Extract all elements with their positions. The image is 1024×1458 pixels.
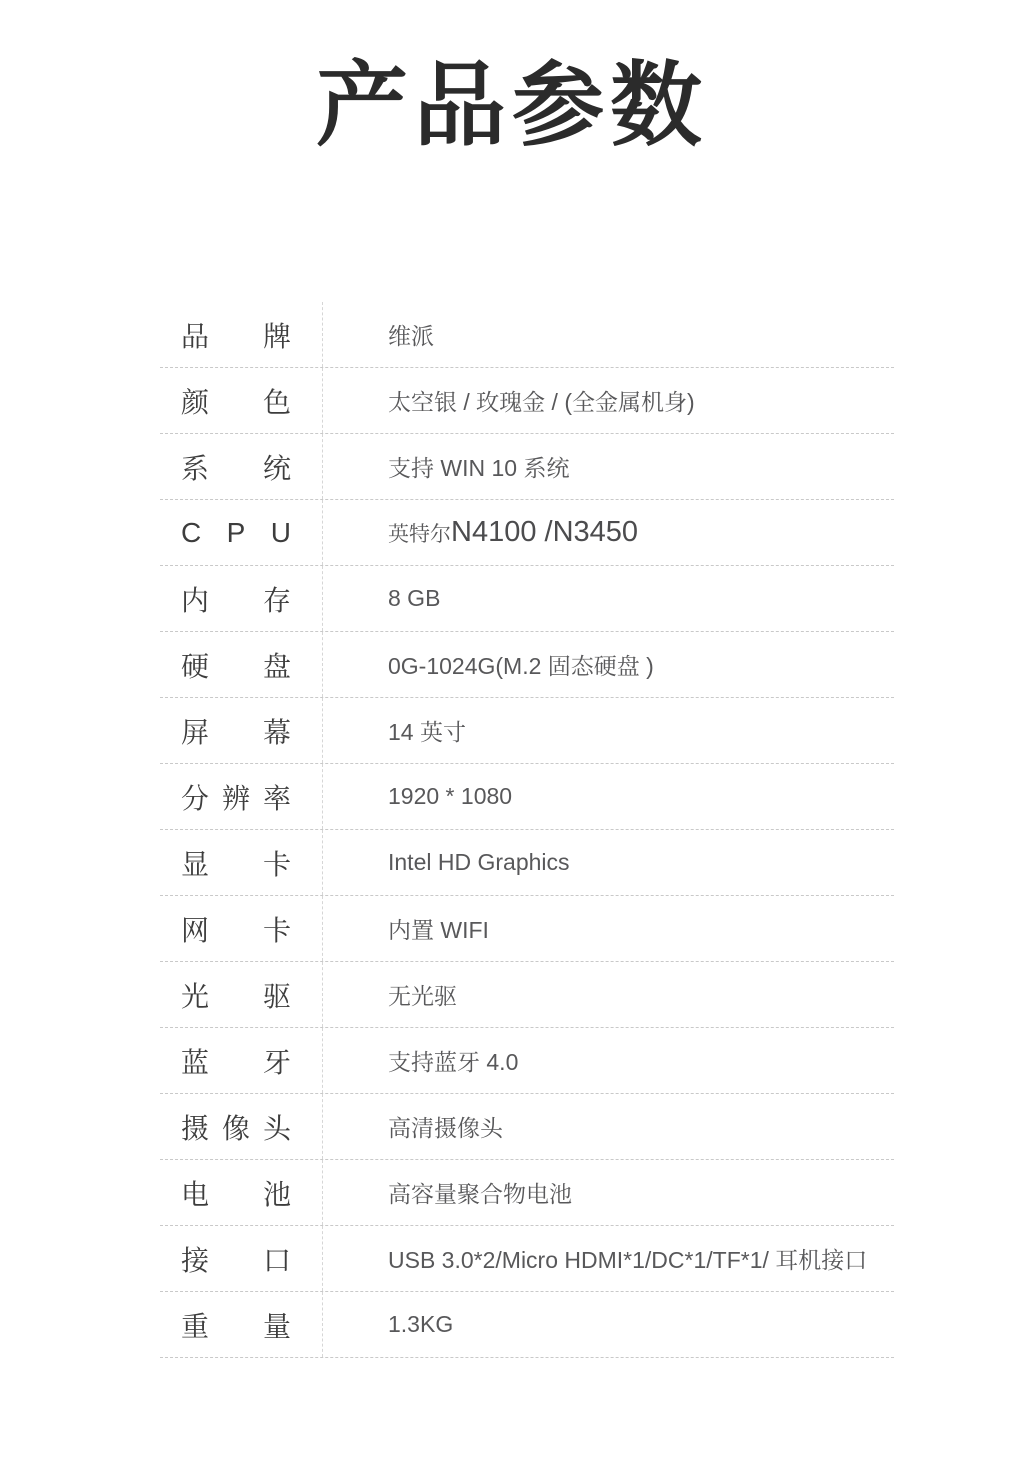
spec-label-cell: 光驱 (160, 962, 323, 1027)
spec-row-screen: 屏幕 14 英寸 (160, 698, 894, 764)
spec-label: 显卡 (181, 843, 291, 883)
spec-label-cell: 屏幕 (160, 698, 323, 763)
spec-row-weight: 重量 1.3KG (160, 1292, 894, 1358)
spec-row-camera: 摄像头 高清摄像头 (160, 1094, 894, 1160)
spec-label-cell: 电池 (160, 1160, 323, 1225)
spec-value: USB 3.0*2/Micro HDMI*1/DC*1/TF*1/ 耳机接口 (323, 1242, 867, 1275)
spec-label: 接口 (181, 1239, 291, 1279)
spec-value: 维派 (323, 318, 434, 351)
cpu-vendor-text: 英特尔 (388, 523, 451, 546)
spec-label: 系统 (181, 447, 291, 487)
spec-table: 品牌 维派 颜色 太空银 / 玫瑰金 / (全金属机身) 系统 支持 WIN 1… (160, 302, 894, 1358)
spec-value: Intel HD Graphics (323, 849, 570, 876)
spec-label: 分辨率 (181, 777, 291, 817)
spec-row-gpu: 显卡 Intel HD Graphics (160, 830, 894, 896)
spec-label-cell: 内存 (160, 566, 323, 631)
spec-value: 0G-1024G(M.2 固态硬盘 ) (323, 648, 654, 681)
spec-row-resolution: 分辨率 1920 * 1080 (160, 764, 894, 830)
spec-label: 品牌 (181, 315, 291, 355)
spec-label: 硬盘 (181, 645, 291, 685)
spec-value: 支持 WIN 10 系统 (323, 450, 569, 483)
spec-label-cell: CPU (160, 500, 323, 565)
spec-label: 屏幕 (181, 711, 291, 751)
spec-label-cell: 显卡 (160, 830, 323, 895)
spec-row-disk: 硬盘 0G-1024G(M.2 固态硬盘 ) (160, 632, 894, 698)
spec-value: 1.3KG (323, 1311, 453, 1338)
spec-label-cell: 品牌 (160, 302, 323, 367)
spec-row-cpu: CPU 英特尔N4100 /N3450 (160, 500, 894, 566)
spec-label-cell: 系统 (160, 434, 323, 499)
page-title: 产品参数 (0, 40, 1024, 173)
spec-value: 内置 WIFI (323, 912, 489, 945)
spec-row-color: 颜色 太空银 / 玫瑰金 / (全金属机身) (160, 368, 894, 434)
spec-label-cell: 蓝牙 (160, 1028, 323, 1093)
spec-label-cell: 网卡 (160, 896, 323, 961)
cpu-model-text: N4100 /N3450 (451, 516, 638, 548)
spec-label: 内存 (181, 579, 291, 619)
spec-label-cell: 颜色 (160, 368, 323, 433)
spec-label-cell: 分辨率 (160, 764, 323, 829)
spec-label: 光驱 (181, 975, 291, 1015)
spec-row-battery: 电池 高容量聚合物电池 (160, 1160, 894, 1226)
spec-label: 电池 (181, 1173, 291, 1213)
spec-row-network: 网卡 内置 WIFI (160, 896, 894, 962)
spec-value: 1920 * 1080 (323, 783, 512, 810)
spec-row-brand: 品牌 维派 (160, 302, 894, 368)
spec-row-ports: 接口 USB 3.0*2/Micro HDMI*1/DC*1/TF*1/ 耳机接… (160, 1226, 894, 1292)
spec-value: 高容量聚合物电池 (323, 1176, 572, 1209)
spec-row-system: 系统 支持 WIN 10 系统 (160, 434, 894, 500)
spec-label-cell: 硬盘 (160, 632, 323, 697)
spec-row-optical-drive: 光驱 无光驱 (160, 962, 894, 1028)
spec-value: 高清摄像头 (323, 1110, 503, 1143)
spec-row-bluetooth: 蓝牙 支持蓝牙 4.0 (160, 1028, 894, 1094)
spec-value: 14 英寸 (323, 714, 466, 747)
spec-row-memory: 内存 8 GB (160, 566, 894, 632)
spec-value: 太空银 / 玫瑰金 / (全金属机身) (323, 384, 695, 417)
spec-label: 蓝牙 (181, 1041, 291, 1081)
spec-label: 网卡 (181, 909, 291, 949)
spec-label: 摄像头 (181, 1107, 291, 1147)
spec-value: 8 GB (323, 585, 440, 612)
spec-label: CPU (181, 517, 291, 549)
spec-label: 颜色 (181, 381, 291, 421)
spec-label-cell: 接口 (160, 1226, 323, 1291)
spec-label: 重量 (181, 1305, 291, 1345)
spec-label-cell: 摄像头 (160, 1094, 323, 1159)
spec-value: 英特尔N4100 /N3450 (323, 516, 638, 549)
spec-label-cell: 重量 (160, 1292, 323, 1357)
spec-value: 无光驱 (323, 978, 457, 1011)
spec-value: 支持蓝牙 4.0 (323, 1044, 518, 1077)
